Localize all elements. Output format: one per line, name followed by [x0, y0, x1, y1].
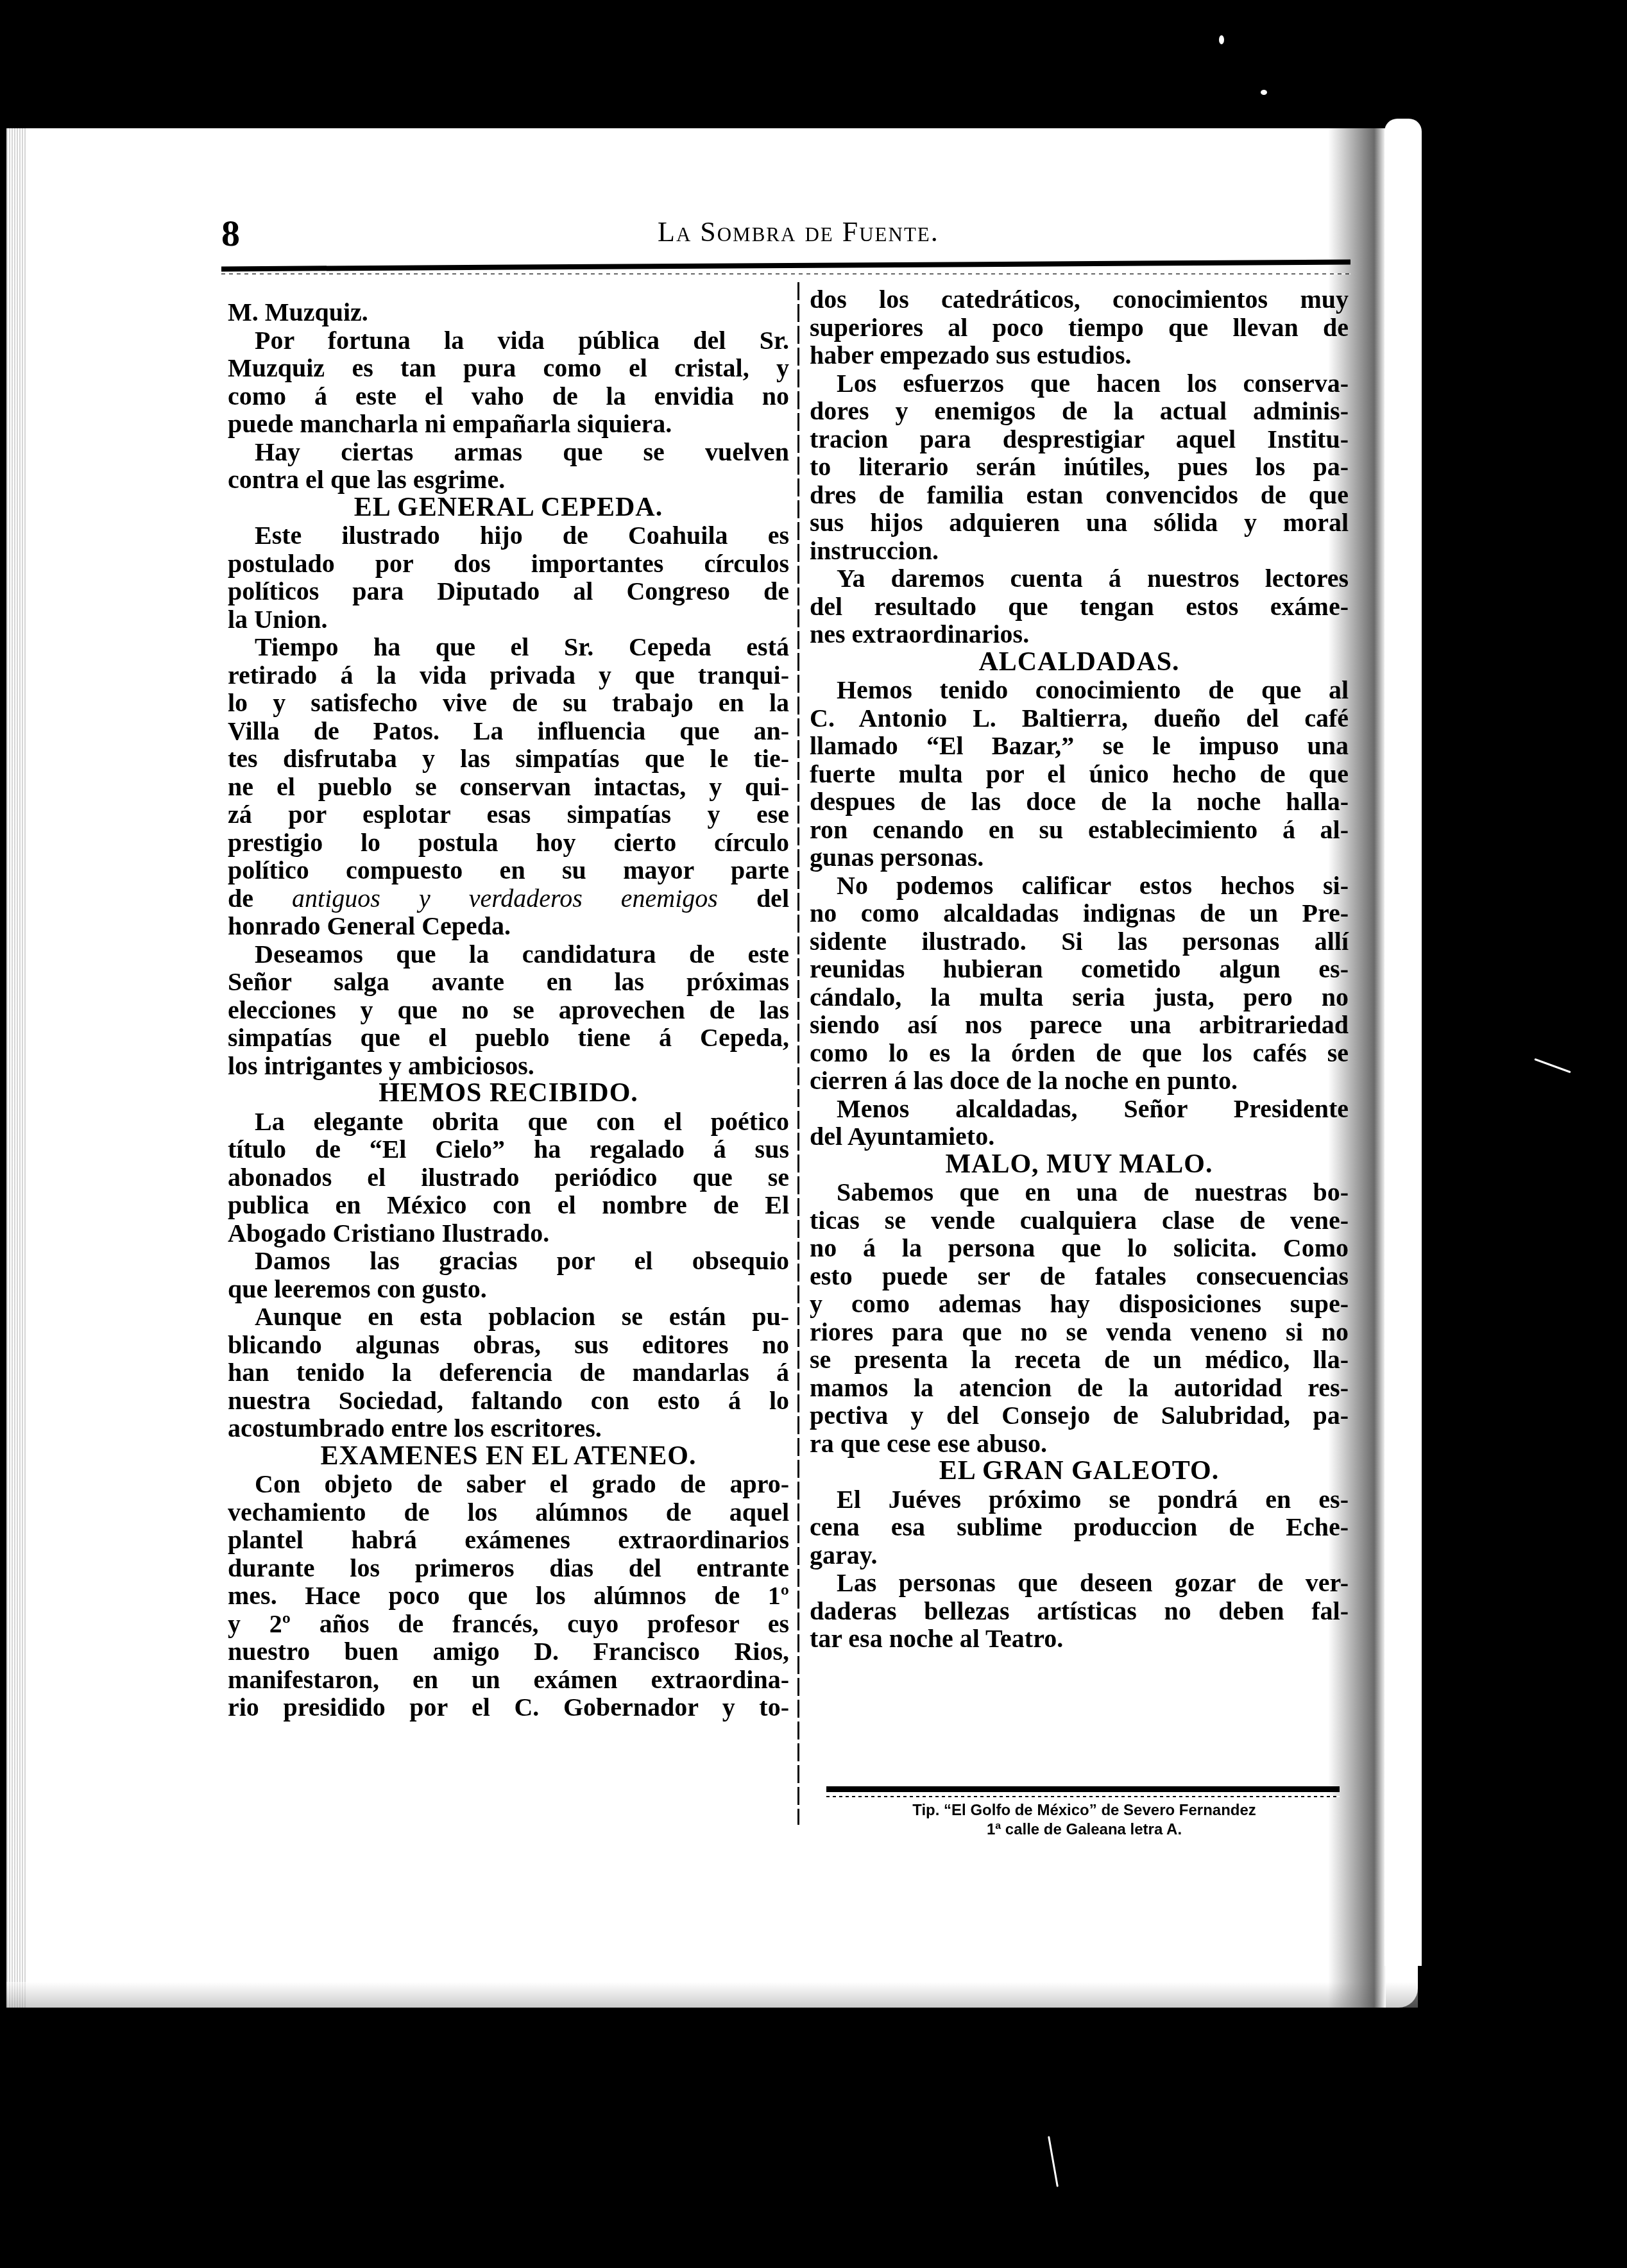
imprint-line-1: Tip. “El Golfo de México” de Severo Fern…	[834, 1801, 1334, 1820]
text-line: dores y enemigos de la actual adminis-	[810, 397, 1349, 425]
text-line: tes disfrutaba y las simpatías que le ti…	[228, 745, 789, 773]
paragraph-start: No podemos calificar estos hechos si-	[810, 872, 1349, 900]
paragraph-start: Los esfuerzos que hacen los conserva-	[810, 369, 1349, 398]
text-line: como lo es la órden de que los cafés se	[810, 1039, 1349, 1067]
text-line: siendo así nos parece una arbitrariedad	[810, 1011, 1349, 1039]
page-header: 8 La Sombra de Fuente.	[221, 212, 1344, 263]
text-line: nes extraordinarios.	[810, 620, 1349, 648]
paragraph-start: Con objeto de saber el grado de apro-	[228, 1470, 789, 1498]
text-line: como á este el vaho de la envidia no	[228, 382, 789, 410]
text-line: ticas se vende cualquiera clase de vene-	[810, 1206, 1349, 1235]
dust-speck	[1219, 35, 1224, 44]
header-rule-dotted	[221, 273, 1350, 275]
column-divider	[797, 282, 799, 1825]
page-number: 8	[221, 212, 240, 255]
text-line: contra el que las esgrime.	[228, 466, 789, 494]
text-line: lo y satisfecho vive de su trabajo en la	[228, 689, 789, 717]
text-line: sidente ilustrado. Si las personas allí	[810, 927, 1349, 956]
text-line: ron cenando en su establecimiento á al-	[810, 816, 1349, 844]
text-line: ne el pueblo se conservan intactas, y qu…	[228, 773, 789, 801]
text-line: los intrigantes y ambiciosos.	[228, 1052, 789, 1080]
text-line: abonados el ilustrado periódico que se	[228, 1164, 789, 1192]
text-line: de antiguos y verdaderos enemigos del	[228, 884, 789, 913]
text-line: pectiva y del Consejo de Salubridad, pa-	[810, 1401, 1349, 1430]
page-edge-left	[6, 128, 26, 2008]
text-line: retirado á la vida privada y que tranqui…	[228, 661, 789, 690]
imprint-line-2: 1ª calle de Galeana letra A.	[834, 1820, 1334, 1840]
paragraph-start: Aunque en esta poblacion se están pu-	[228, 1303, 789, 1331]
text-line: mamos la atencion de la autoridad res-	[810, 1374, 1349, 1402]
binding-strip	[1384, 119, 1422, 1966]
paragraph-start: Por fortuna la vida pública del Sr.	[228, 326, 789, 355]
running-title: La Sombra de Fuente.	[658, 216, 939, 248]
text-line: honrado General Cepeda.	[228, 912, 789, 940]
text-line: han tenido la deferencia de mandarlas á	[228, 1358, 789, 1387]
text-line: la Union.	[228, 605, 789, 634]
text-line: fuerte multa por el único hecho de que	[810, 760, 1349, 788]
article-headline: EL GENERAL CEPEDA.	[228, 494, 789, 522]
text-line: riores para que no se venda veneno si no	[810, 1318, 1349, 1346]
footer-rule	[826, 1786, 1340, 1792]
article-headline: MALO, MUY MALO.	[810, 1151, 1349, 1179]
text-line: político compuesto en su mayor parte	[228, 856, 789, 884]
text-line: haber empezado sus estudios.	[810, 341, 1349, 369]
text-line: garay.	[810, 1541, 1349, 1570]
paragraph-start: Sabemos que en una de nuestras bo-	[810, 1178, 1349, 1206]
article-headline: ALCALDADAS.	[810, 648, 1349, 677]
text-line: se presenta la receta de un médico, lla-	[810, 1346, 1349, 1374]
text-line: durante los primeros dias del entrante	[228, 1554, 789, 1582]
text-line: prestigio lo postula hoy cierto círculo	[228, 829, 789, 857]
text-line: Villa de Patos. La influencia que an-	[228, 717, 789, 745]
text-line: C. Antonio L. Baltierra, dueño del café	[810, 704, 1349, 732]
text-line: rio presidido por el C. Gobernador y to-	[228, 1693, 789, 1722]
text-line: tracion para desprestigiar aquel Institu…	[810, 425, 1349, 453]
text-line: acostumbrado entre los escritores.	[228, 1414, 789, 1443]
text-fragment: de	[228, 884, 292, 913]
paragraph-start: Este ilustrado hijo de Coahuila es	[228, 521, 789, 550]
text-line: Abogado Cristiano Ilustrado.	[228, 1219, 789, 1248]
text-line: Señor salga avante en las próximas	[228, 968, 789, 996]
paragraph-start: El Juéves próximo se pondrá en es-	[810, 1485, 1349, 1514]
paragraph-start: Deseamos que la candidatura de este	[228, 940, 789, 969]
paragraph-start: Tiempo ha que el Sr. Cepeda está	[228, 633, 789, 661]
paragraph-start: La elegante obrita que con el poético	[228, 1108, 789, 1136]
text-line: del Ayuntamieto.	[810, 1122, 1349, 1151]
text-line: nuestra Sociedad, faltando con esto á lo	[228, 1387, 789, 1415]
text-line: publica en México con el nombre de El	[228, 1191, 789, 1219]
footer-rule-dotted	[826, 1796, 1340, 1797]
text-line: sus hijos adquieren una sólida y moral	[810, 509, 1349, 537]
text-line: zá por esplotar esas simpatías y ese	[228, 800, 789, 829]
text-line: postulado por dos importantes círculos	[228, 550, 789, 578]
text-line: puede mancharla ni empañarla siquiera.	[228, 410, 789, 438]
article-headline: EXAMENES EN EL ATENEO.	[228, 1443, 789, 1471]
text-line: Muzquiz es tan pura como el cristal, y	[228, 354, 789, 382]
text-line: llamado “El Bazar,” se le impuso una	[810, 732, 1349, 760]
text-line: no á la persona que lo solicita. Como	[810, 1234, 1349, 1262]
article-headline: EL GRAN GALEOTO.	[810, 1457, 1349, 1485]
text-line: superiores al poco tiempo que llevan de	[810, 314, 1349, 342]
left-column: M. Muzquiz.Por fortuna la vida pública d…	[228, 298, 789, 1722]
text-line: y 2º años de francés, cuyo profesor es	[228, 1610, 789, 1638]
text-line: que leeremos con gusto.	[228, 1275, 789, 1303]
text-line: esto puede ser de fatales consecuencias	[810, 1262, 1349, 1291]
text-line: cena esa sublime produccion de Eche-	[810, 1513, 1349, 1541]
text-line: M. Muzquiz.	[228, 298, 789, 326]
dust-speck	[1048, 2136, 1059, 2187]
text-line: instruccion.	[810, 537, 1349, 565]
text-line: gunas personas.	[810, 843, 1349, 872]
text-line: to literario serán inútiles, pues los pa…	[810, 453, 1349, 481]
paragraph-start: Ya daremos cuenta á nuestros lectores	[810, 564, 1349, 593]
text-line: reunidas hubieran cometido algun es-	[810, 955, 1349, 983]
right-column: dos los catedráticos, conocimientos muys…	[810, 285, 1349, 1653]
printer-imprint: Tip. “El Golfo de México” de Severo Fern…	[834, 1801, 1334, 1840]
text-line: ra que cese ese abuso.	[810, 1430, 1349, 1458]
text-line: simpatías que el pueblo tiene á Cepeda,	[228, 1024, 789, 1052]
text-fragment: del	[718, 884, 789, 913]
text-line: manifestaron, en un exámen extraordina-	[228, 1666, 789, 1694]
dust-speck	[1261, 90, 1267, 95]
paragraph-start: Damos las gracias por el obsequio	[228, 1247, 789, 1275]
text-line: nuestro buen amigo D. Francisco Rios,	[228, 1638, 789, 1666]
text-line: mes. Hace poco que los alúmnos de 1º	[228, 1582, 789, 1610]
text-line: dres de familia estan convencidos de que	[810, 481, 1349, 509]
paragraph-start: Hemos tenido conocimiento de que al	[810, 676, 1349, 704]
paragraph-start: Menos alcaldadas, Señor Presidente	[810, 1095, 1349, 1123]
page-edge-bottom	[6, 1982, 1418, 2008]
text-line: políticos para Diputado al Congreso de	[228, 577, 789, 605]
text-line: tar esa noche al Teatro.	[810, 1625, 1349, 1653]
text-line: despues de las doce de la noche halla-	[810, 788, 1349, 816]
paragraph-start: Las personas que deseen gozar de ver-	[810, 1569, 1349, 1597]
text-line: no como alcaldadas indignas de un Pre-	[810, 899, 1349, 927]
article-headline: HEMOS RECIBIDO.	[228, 1079, 789, 1108]
text-line: cierren á las doce de la noche en punto.	[810, 1067, 1349, 1095]
text-line: cándalo, la multa seria justa, pero no	[810, 983, 1349, 1011]
text-line: blicando algunas obras, sus editores no	[228, 1331, 789, 1359]
text-line: título de “El Cielo” ha regalado á sus	[228, 1135, 789, 1164]
text-line: vechamiento de los alúmnos de aquel	[228, 1498, 789, 1527]
text-line: elecciones y que no se aprovechen de las	[228, 996, 789, 1024]
text-line: del resultado que tengan estos exáme-	[810, 593, 1349, 621]
italic-emphasis: antiguos y verdaderos enemigos	[292, 884, 718, 913]
text-line: plantel habrá exámenes extraordinarios	[228, 1526, 789, 1554]
paragraph-start: Hay ciertas armas que se vuelven	[228, 438, 789, 466]
text-line: dos los catedráticos, conocimientos muy	[810, 285, 1349, 314]
text-line: y como ademas hay disposiciones supe-	[810, 1290, 1349, 1318]
dust-speck	[1534, 1058, 1571, 1073]
text-line: daderas bellezas artísticas no deben fal…	[810, 1597, 1349, 1625]
